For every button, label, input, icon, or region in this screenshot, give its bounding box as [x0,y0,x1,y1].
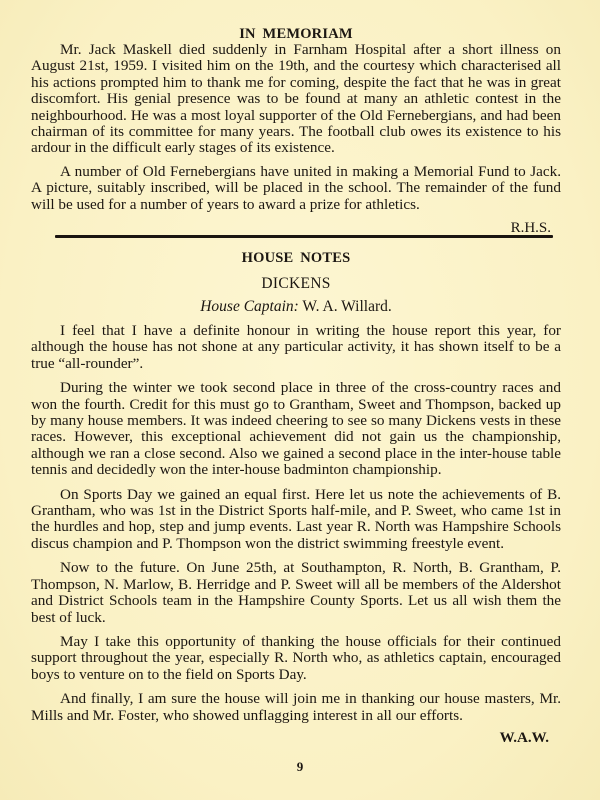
report-paragraph: May I take this opportunity of thanking … [31,634,561,683]
memoriam-paragraph: A number of Old Fernebergians have unite… [31,164,561,213]
report-paragraph: And finally, I am sure the house will jo… [31,691,561,724]
report-signature: W.A.W. [31,730,561,747]
dickens-report-section: I feel that I have a definite honour in … [31,323,561,747]
house-name-heading: DICKENS [31,275,561,292]
page-number: 9 [0,759,600,775]
house-captain-label: House Captain: [200,298,299,315]
report-paragraph: During the winter we took second place i… [31,380,561,478]
house-captain-line: House Captain: W. A. Willard. [31,298,561,315]
report-paragraph: Now to the future. On June 25th, at Sout… [31,560,561,626]
memoriam-paragraph: Mr. Jack Maskell died suddenly in Farnha… [31,42,561,157]
house-notes-heading: HOUSE NOTES [31,250,561,267]
in-memoriam-section: Mr. Jack Maskell died suddenly in Farnha… [31,42,561,237]
report-paragraph: I feel that I have a definite honour in … [31,323,561,372]
house-captain-name: W. A. Willard. [299,298,392,315]
report-paragraph: On Sports Day we gained an equal first. … [31,487,561,553]
section-divider [55,235,553,238]
